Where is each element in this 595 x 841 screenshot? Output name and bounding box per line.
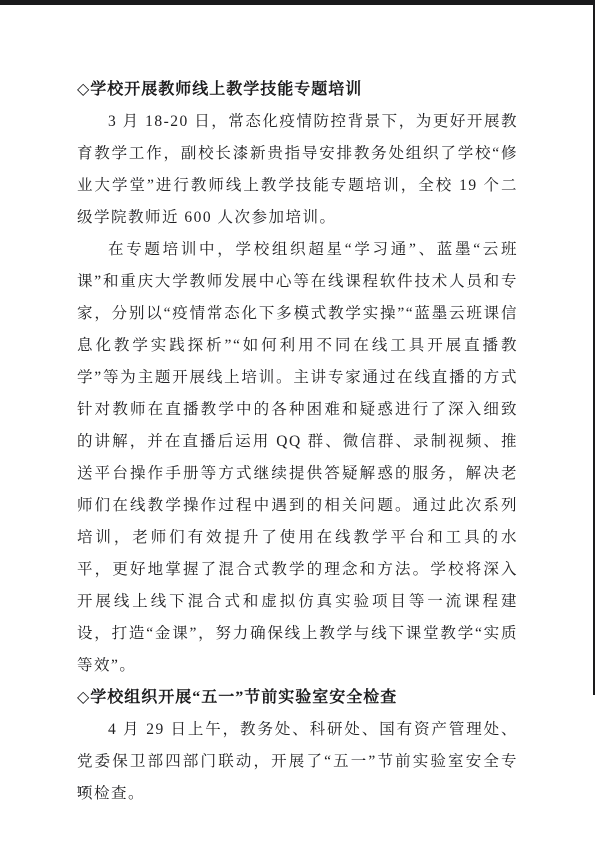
section-2-heading: ◇学校组织开展“五一”节前实验室安全检查: [77, 682, 518, 714]
document-page: ◇学校开展教师线上教学技能专题培训 3 月 18-20 日，常态化疫情防控背景下…: [0, 0, 595, 841]
scan-edge-top: [0, 0, 595, 5]
section-1-heading: ◇学校开展教师线上教学技能专题培训: [77, 74, 518, 106]
section-2-paragraph-1: 4 月 29 日上午，教务处、科研处、国有资产管理处、党委保卫部四部门联动，开展…: [77, 714, 518, 810]
section-1-paragraph-2: 在专题培训中，学校组织超星“学习通”、蓝墨“云班课”和重庆大学教师发展中心等在线…: [77, 234, 518, 682]
page-number: 12: [76, 785, 88, 796]
page-content: ◇学校开展教师线上教学技能专题培训 3 月 18-20 日，常态化疫情防控背景下…: [77, 74, 518, 810]
section-1-paragraph-1: 3 月 18-20 日，常态化疫情防控背景下，为更好开展教育教学工作，副校长漆新…: [77, 106, 518, 234]
